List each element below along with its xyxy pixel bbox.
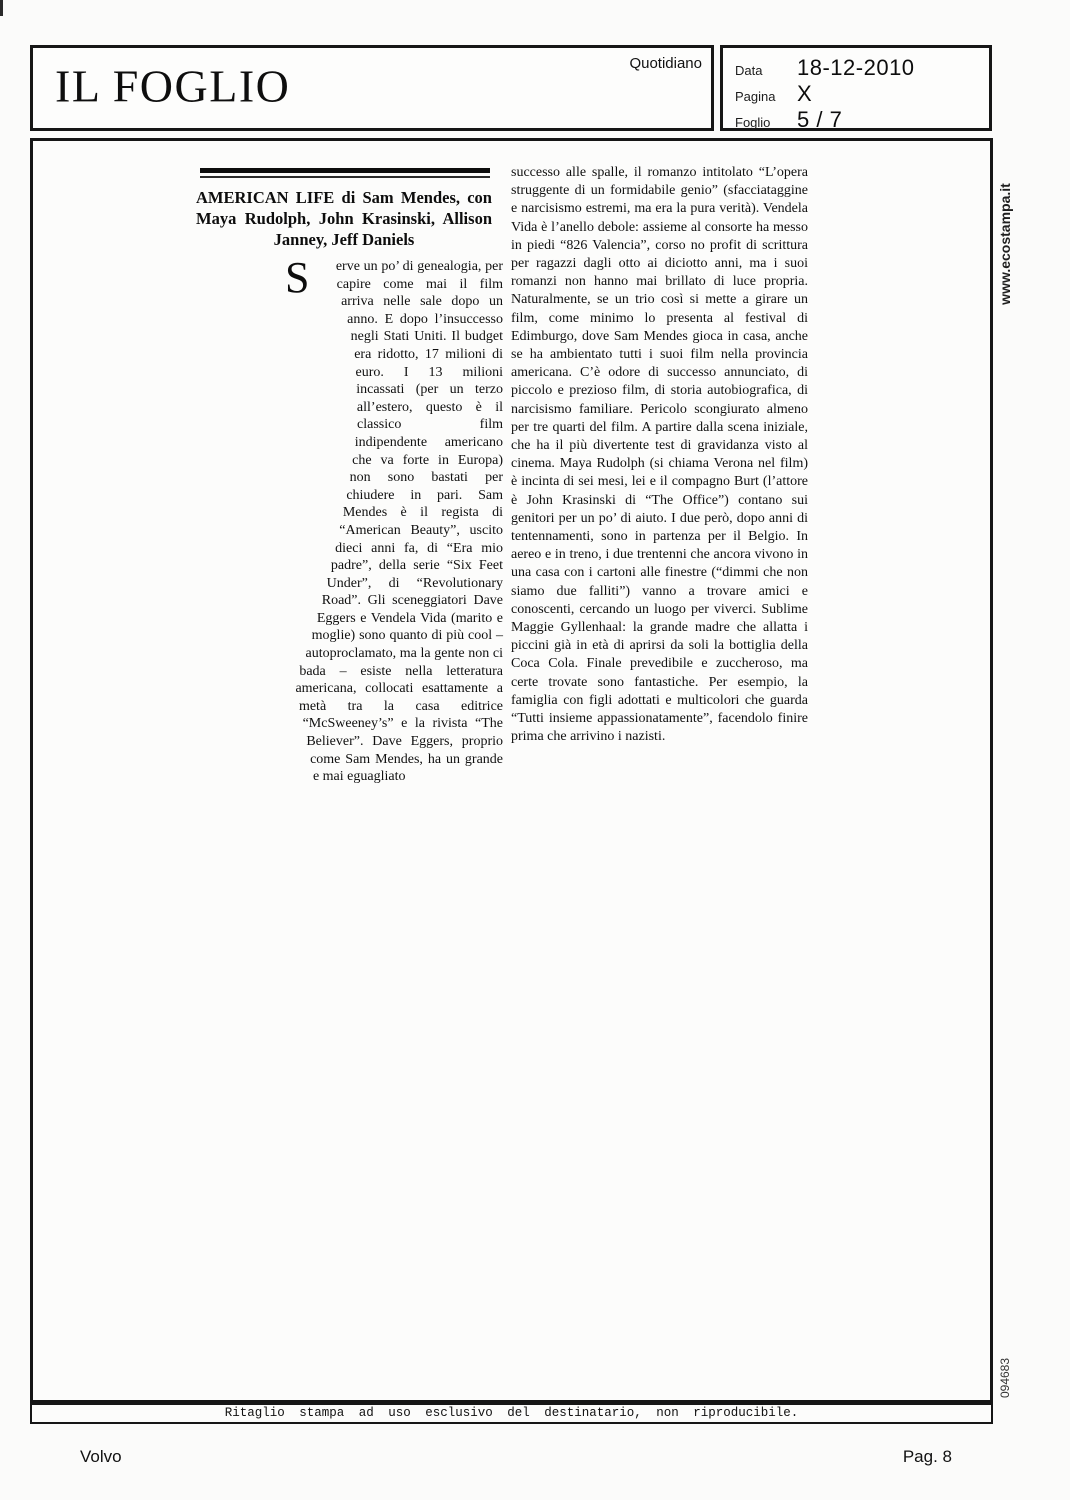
page-number: Pag. 8 — [880, 1447, 952, 1467]
clipping-info-box: Data 18-12-2010 Pagina X Foglio 5 / 7 — [720, 45, 992, 131]
right-column-text: successo alle spalle, il romanzo intitol… — [511, 165, 808, 744]
client-name: Volvo — [80, 1447, 122, 1467]
drop-cap: S — [285, 258, 309, 298]
date-label: Data — [735, 63, 797, 78]
info-row-sheet: Foglio 5 / 7 — [735, 107, 979, 133]
article-right-column: successo alle spalle, il romanzo intitol… — [511, 164, 808, 747]
article-left-column: S erve un po’ di genealogia, per capire … — [285, 258, 503, 918]
sheet-label: Foglio — [735, 115, 797, 130]
publication-type-label: Quotidiano — [629, 55, 702, 72]
article-headline: AMERICAN LIFE di Sam Mendes, con Maya Ru… — [196, 187, 492, 250]
headline-rule-thick — [200, 168, 490, 173]
page-value: X — [797, 81, 812, 107]
headline-rule — [200, 168, 490, 178]
info-row-date: Data 18-12-2010 — [735, 55, 979, 81]
disclaimer-strip: Ritaglio stampa ad uso esclusivo del des… — [30, 1403, 993, 1424]
sheet-value: 5 / 7 — [797, 107, 842, 133]
scan-edge-mark — [0, 0, 3, 16]
headline-rule-thin — [200, 176, 490, 178]
info-row-page: Pagina X — [735, 81, 979, 107]
masthead-box: IL FOGLIO Quotidiano — [30, 45, 714, 131]
date-value: 18-12-2010 — [797, 55, 915, 81]
ecostampa-website-vertical: www.ecostampa.it — [997, 140, 1013, 348]
newspaper-title: IL FOGLIO — [55, 59, 290, 112]
clip-code-vertical: 094683 — [998, 1352, 1012, 1404]
page-label: Pagina — [735, 89, 797, 104]
